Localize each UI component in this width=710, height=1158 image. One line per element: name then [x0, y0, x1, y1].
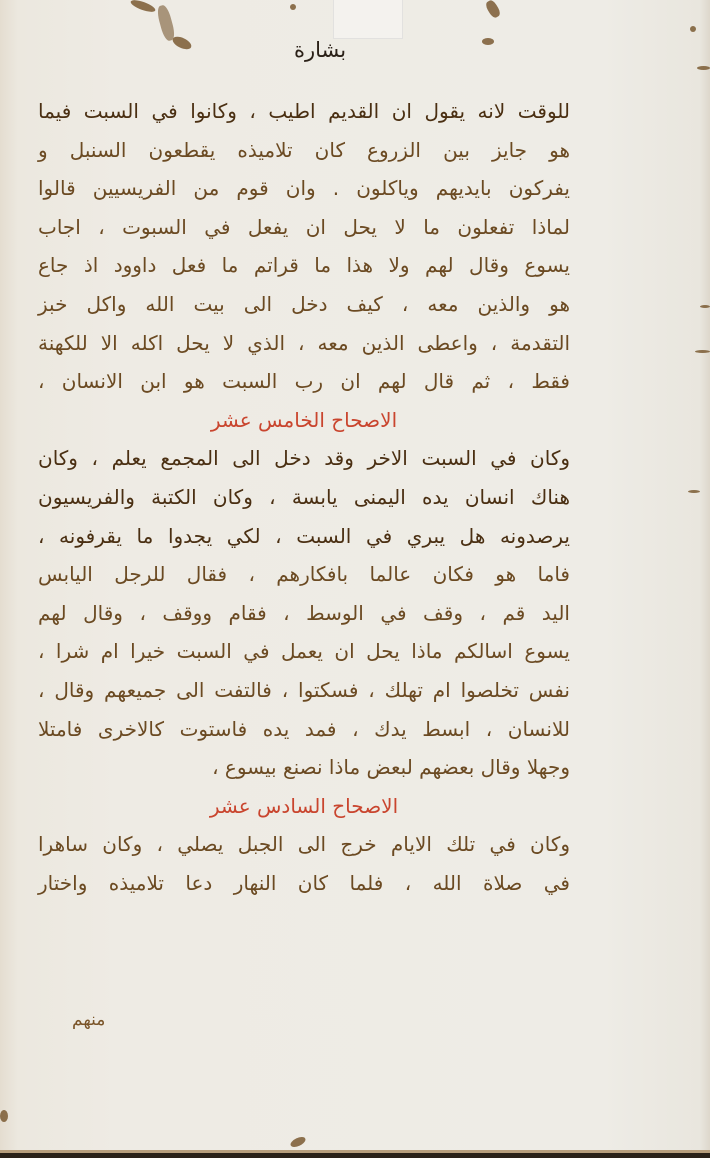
text-line: وكان في تلك الايام خرج الى الجبل يصلي ، … [38, 825, 570, 864]
ink-stain [482, 38, 494, 45]
text-line: فاما هو فكان عالما بافكارهم ، فقال للرجل… [38, 555, 570, 594]
text-line: يسوع اسالكم ماذا يحل ان يعمل في السبت خي… [38, 632, 570, 671]
text-line: وجهلا وقال بعضهم لبعض ماذا نصنع بيسوع ، [38, 748, 570, 787]
text-line: في صلاة الله ، فلما كان النهار دعا تلامي… [38, 864, 570, 903]
ink-stain [697, 66, 710, 70]
tape-fragment [333, 0, 403, 39]
text-line: للوقت لانه يقول ان القديم اطيب ، وكانوا … [38, 92, 570, 131]
ink-stain [290, 4, 296, 10]
text-line: للانسان ، ابسط يدك ، فمد يده فاستوت كالا… [38, 710, 570, 749]
text-line: اليد قم ، وقف في الوسط ، فقام ووقف ، وقا… [38, 594, 570, 633]
chapter-heading: الاصحاح الخامس عشر [38, 401, 570, 440]
text-line: نفس تخلصوا ام تهلك ، فسكتوا ، فالتفت الى… [38, 671, 570, 710]
text-line: يفركون بايديهم وياكلون . وان قوم من الفر… [38, 169, 570, 208]
text-line: وكان في السبت الاخر وقد دخل الى المجمع ي… [38, 439, 570, 478]
chapter-heading: الاصحاح السادس عشر [38, 787, 570, 826]
page-title: بشارة [270, 38, 370, 62]
ink-stain [0, 1110, 8, 1122]
text-line: فقط ، ثم قال لهم ان رب السبت هو ابن الان… [38, 362, 570, 401]
text-line: هو والذين معه ، كيف دخل الى بيت الله واك… [38, 285, 570, 324]
text-line: هناك انسان يده اليمنى يابسة ، وكان الكتب… [38, 478, 570, 517]
text-line: هو جايز بين الزروع كان تلاميذه يقطعون ال… [38, 131, 570, 170]
main-text: للوقت لانه يقول ان القديم اطيب ، وكانوا … [38, 92, 570, 902]
ink-stain [690, 26, 696, 32]
text-line: لماذا تفعلون ما لا يحل ان يفعل في السبوت… [38, 208, 570, 247]
manuscript-page: بشارة للوقت لانه يقول ان القديم اطيب ، و… [0, 0, 710, 1153]
text-line: يسوع وقال لهم ولا هذا ما قراتم ما فعل دا… [38, 246, 570, 285]
ink-stain [695, 350, 710, 353]
catchword: منهم [72, 1010, 105, 1030]
text-line: يرصدونه هل يبري في السبت ، لكي يجدوا ما … [38, 517, 570, 556]
ink-stain [289, 1135, 307, 1149]
text-line: التقدمة ، واعطى الذين معه ، الذي لا يحل … [38, 324, 570, 363]
ink-stain [171, 34, 193, 52]
ink-stain [484, 0, 502, 19]
ink-stain [688, 490, 700, 493]
ink-stain [129, 0, 156, 14]
ink-stain [700, 305, 710, 308]
